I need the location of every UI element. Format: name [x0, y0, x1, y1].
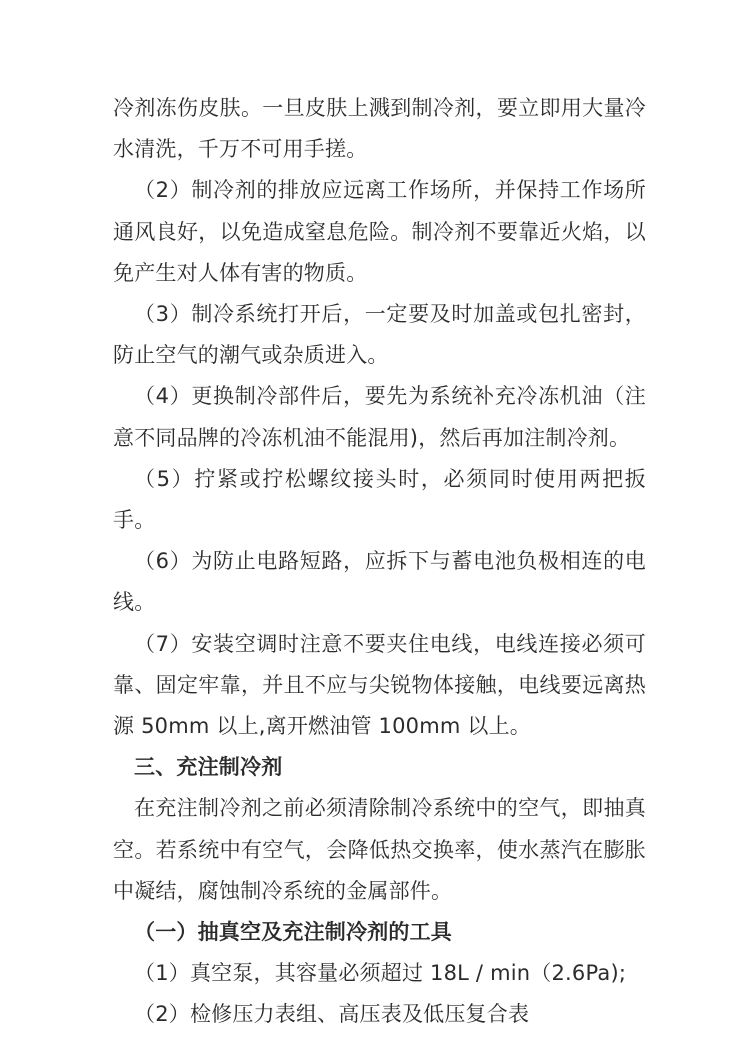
section-heading-charging-refrigerant: 三、充注制冷剂 — [113, 747, 646, 788]
list-item-7: （7）安装空调时注意不要夹住电线，电线连接必须可靠、固定牢靠，并且不应与尖锐物体… — [113, 624, 646, 748]
list-item-5: （5）拧紧或拧松螺纹接头时，必须同时使用两把扳手。 — [113, 459, 646, 541]
body-paragraph-vacuum-intro: 在充注制冷剂之前必须清除制冷系统中的空气，即抽真空。若系统中有空气，会降低热交换… — [113, 788, 646, 912]
document-page: 冷剂冻伤皮肤。一旦皮肤上溅到制冷剂，要立即用大量冷水清洗，千万不可用手搓。 （2… — [0, 0, 750, 1061]
body-paragraph-continuation: 冷剂冻伤皮肤。一旦皮肤上溅到制冷剂，要立即用大量冷水清洗，千万不可用手搓。 — [113, 88, 646, 170]
tool-item-1-vacuum-pump: （1）真空泵，其容量必须超过 18L / min（2.6Pa); — [113, 953, 646, 994]
subsection-heading-tools: （一）抽真空及充注制冷剂的工具 — [113, 912, 646, 953]
list-item-2: （2）制冷剂的排放应远离工作场所，并保持工作场所通风良好，以免造成窒息危险。制冷… — [113, 170, 646, 294]
list-item-6: （6）为防止电路短路，应拆下与蓄电池负极相连的电线。 — [113, 541, 646, 623]
tool-item-2-gauge-set: （2）检修压力表组、高压表及低压复合表 — [113, 994, 646, 1035]
page-text: 冷剂冻伤皮肤。一旦皮肤上溅到制冷剂，要立即用大量冷水清洗，千万不可用手搓。 （2… — [113, 88, 646, 1036]
list-item-4: （4）更换制冷部件后，要先为系统补充冷冻机油（注意不同品牌的冷冻机油不能混用)，… — [113, 376, 646, 458]
list-item-3: （3）制冷系统打开后，一定要及时加盖或包扎密封，防止空气的潮气或杂质进入。 — [113, 294, 646, 376]
